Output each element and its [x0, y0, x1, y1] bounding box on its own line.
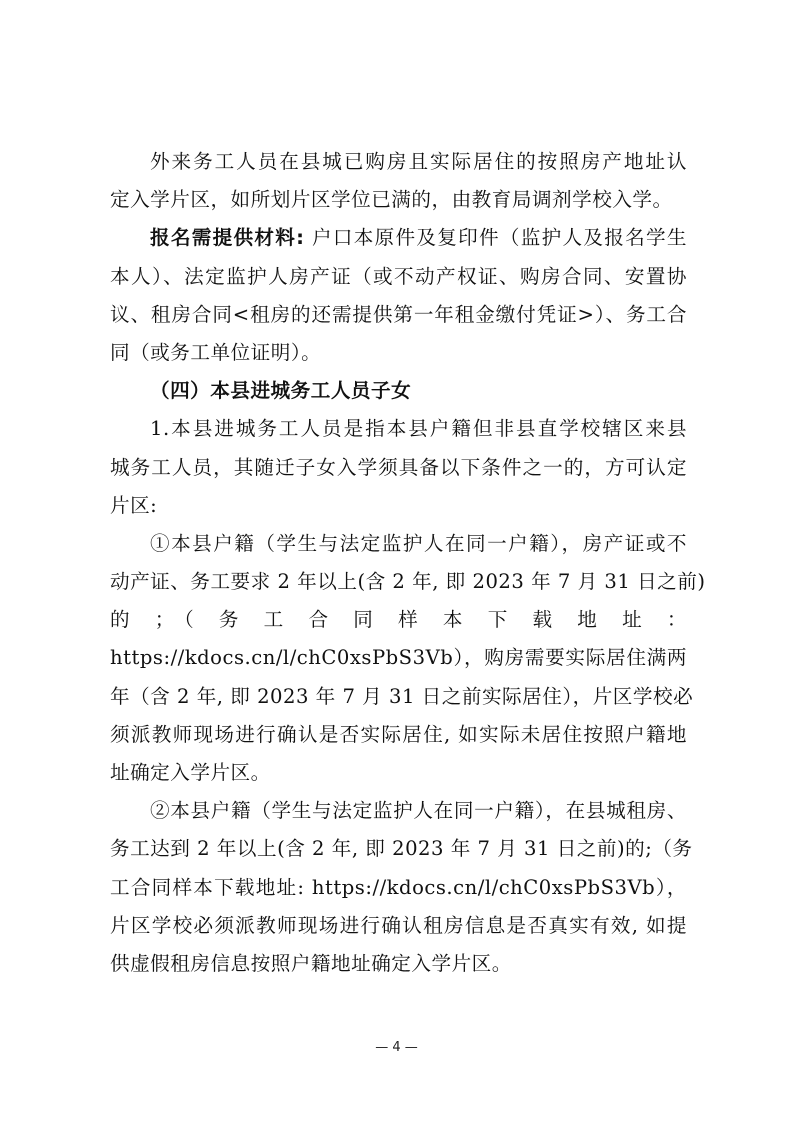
- text-span: 户口本原件及复印件（监护人及报名学生: [304, 226, 687, 249]
- text-line: 同（或务工单位证明）。: [110, 334, 687, 372]
- text-line-with-link: 工合同样本下载地址: https://kdocs.cn/l/chC0xsPbS3…: [110, 869, 687, 907]
- text-line: 报名需提供材料: 户口本原件及复印件（监护人及报名学生: [110, 219, 687, 257]
- required-materials-label: 报名需提供材料:: [150, 226, 304, 249]
- document-body: 外来务工人员在县城已购房且实际居住的按照房产地址认 定入学片区，如所划片区学位已…: [110, 143, 687, 983]
- text-line-with-link: https://kdocs.cn/l/chC0xsPbS3Vb），购房需要实际居…: [110, 639, 687, 677]
- text-line: ①本县户籍（学生与法定监护人在同一户籍），房产证或不: [110, 525, 687, 563]
- text-line: 本人）、法定监护人房产证（或不动产权证、购房合同、安置协: [110, 258, 687, 296]
- text-line: 定入学片区，如所划片区学位已满的，由教育局调剂学校入学。: [110, 181, 687, 219]
- text-line: 年（含 2 年, 即 2023 年 7 月 31 日之前实际居住），片区学校必: [110, 678, 687, 716]
- text-line: 的 ；（ 务 工 合 同 样 本 下 载 地 址 ：: [110, 601, 687, 639]
- text-line: 片区:: [110, 487, 687, 525]
- section-heading: （四）本县进城务工人员子女: [110, 372, 687, 410]
- paragraph-condition-1: ①本县户籍（学生与法定监护人在同一户籍），房产证或不 动产证、务工要求 2 年以…: [110, 525, 687, 792]
- text-line: 外来务工人员在县城已购房且实际居住的按照房产地址认: [110, 143, 687, 181]
- text-line: 议、租房合同<租房的还需提供第一年租金缴付凭证>）、务工合: [110, 296, 687, 334]
- text-line: 城务工人员，其随迁子女入学须具备以下条件之一的，方可认定: [110, 449, 687, 487]
- text-line: 址确定入学片区。: [110, 754, 687, 792]
- text-line: 1.本县进城务工人员是指本县户籍但非县直学校辖区来县: [110, 410, 687, 448]
- paragraph-condition-2: ②本县户籍（学生与法定监护人在同一户籍），在县城租房、 务工达到 2 年以上(含…: [110, 792, 687, 983]
- text-line: 务工达到 2 年以上(含 2 年, 即 2023 年 7 月 31 日之前)的;…: [110, 830, 687, 868]
- paragraph-definition: 1.本县进城务工人员是指本县户籍但非县直学校辖区来县 城务工人员，其随迁子女入学…: [110, 410, 687, 525]
- text-line: 动产证、务工要求 2 年以上(含 2 年, 即 2023 年 7 月 31 日之…: [110, 563, 687, 601]
- text-line: ②本县户籍（学生与法定监护人在同一户籍），在县城租房、: [110, 792, 687, 830]
- paragraph-migrant-housing: 外来务工人员在县城已购房且实际居住的按照房产地址认 定入学片区，如所划片区学位已…: [110, 143, 687, 219]
- paragraph-required-materials: 报名需提供材料: 户口本原件及复印件（监护人及报名学生 本人）、法定监护人房产证…: [110, 219, 687, 372]
- document-page: 外来务工人员在县城已购房且实际居住的按照房产地址认 定入学片区，如所划片区学位已…: [0, 0, 793, 1122]
- text-line: 供虚假租房信息按照户籍地址确定入学片区。: [110, 945, 687, 983]
- text-line: 片区学校必须派教师现场进行确认租房信息是否真实有效, 如提: [110, 907, 687, 945]
- page-number: — 4 —: [0, 1040, 793, 1055]
- text-line: 须派教师现场进行确认是否实际居住, 如实际未居住按照户籍地: [110, 716, 687, 754]
